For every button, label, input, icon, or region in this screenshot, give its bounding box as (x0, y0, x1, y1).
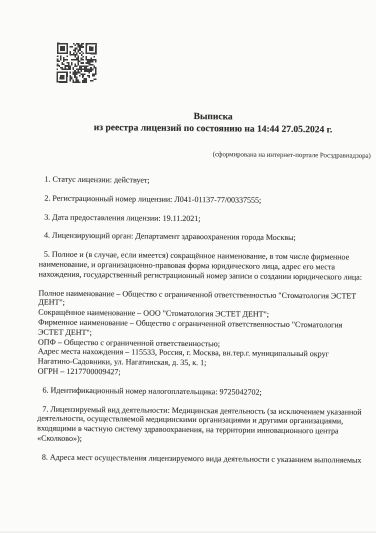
license-item-names-intro: 5. Полное и (в случае, если имеется) сок… (39, 250, 364, 283)
license-item-addresses: 8. Адреса мест осуществления лицензируем… (37, 452, 362, 465)
license-item-authority: 4. Лицензирующий орган: Департамент здра… (39, 231, 364, 244)
document-body: 1. Статус лицензии: действует; 2. Регист… (37, 175, 365, 475)
license-item-activity-type: 7. Лицензируемый вид деятельности: Медиц… (37, 404, 362, 446)
license-item-reg-number: 2. Регистрационный номер лицензии: Л041-… (39, 193, 364, 206)
license-item-grant-date: 3. Дата предоставления лицензии: 19.11.2… (39, 212, 364, 225)
org-details-block: Полное наименование – Общество с огранич… (38, 288, 364, 379)
source-note: (сформирована на интернет-портале Росздр… (91, 150, 371, 160)
document-header: Выписка из реестра лицензий по состоянию… (53, 111, 373, 137)
document-subtitle: из реестра лицензий по состоянию на 14:4… (53, 122, 373, 137)
license-item-status: 1. Статус лицензии: действует; (40, 175, 365, 188)
scanned-document-page: Выписка из реестра лицензий по состоянию… (0, 0, 376, 533)
org-brand-name: Фирменное наименование – Общество с огра… (38, 318, 363, 341)
qr-code (56, 42, 96, 84)
license-item-inn: 6. Идентификационный номер налогоплатель… (38, 385, 363, 398)
org-ogrn: ОГРН – 1217700009427; (38, 367, 363, 380)
